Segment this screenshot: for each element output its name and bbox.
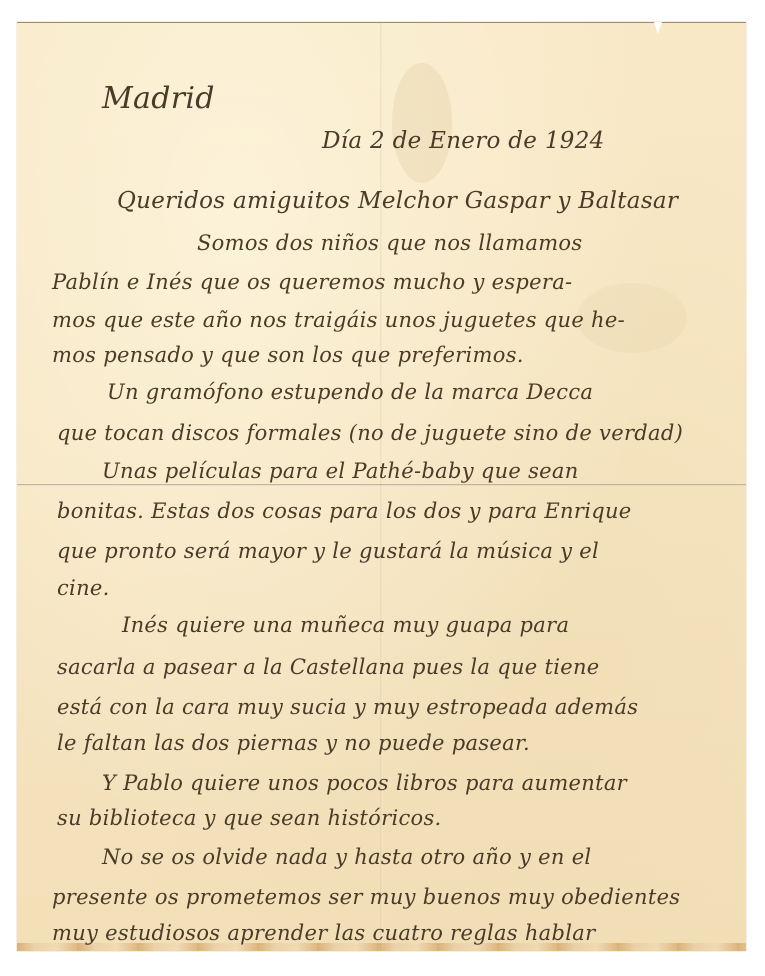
letter-line-10: cine.: [57, 576, 110, 600]
letter-line-13: está con la cara muy sucia y muy estrope…: [57, 695, 638, 719]
letter-line-6: que tocan discos formales (no de juguete…: [57, 421, 683, 445]
letter-line-5: Un gramófono estupendo de la marca Decca: [107, 380, 593, 404]
letter-line-3: mos que este año nos traigáis unos jugue…: [52, 308, 625, 332]
letter-line-9: que pronto será mayor y le gustará la mú…: [57, 539, 599, 563]
letter-line-17: No se os olvide nada y hasta otro año y …: [102, 845, 591, 869]
letter-line-16: su biblioteca y que sean históricos.: [57, 806, 442, 830]
letter-line-2: Pablín e Inés que os queremos mucho y es…: [52, 270, 572, 294]
letter-line-4: mos pensado y que son los que preferimos…: [52, 343, 524, 367]
place-heading: Madrid: [102, 81, 215, 116]
date-line: Día 2 de Enero de 1924: [322, 128, 605, 154]
letter-line-8: bonitas. Estas dos cosas para los dos y …: [57, 499, 632, 523]
letter-line-12: sacarla a pasear a la Castellana pues la…: [57, 655, 600, 679]
letter-line-19: muy estudiosos aprender las cuatro regla…: [52, 921, 595, 945]
letter-line-15: Y Pablo quiere unos pocos libros para au…: [102, 771, 627, 795]
paper-stain: [392, 63, 452, 183]
horizontal-fold-line: [17, 484, 746, 486]
salutation: Queridos amiguitos Melchor Gaspar y Balt…: [117, 188, 678, 214]
letter-paper: Madrid Día 2 de Enero de 1924 Queridos a…: [17, 22, 746, 951]
letter-line-1: Somos dos niños que nos llamamos: [197, 231, 582, 255]
letter-line-14: le faltan las dos piernas y no puede pas…: [57, 731, 530, 755]
letter-line-18: presente os prometemos ser muy buenos mu…: [52, 885, 680, 909]
letter-line-7: Unas películas para el Pathé-baby que se…: [102, 459, 579, 483]
paper-tear-notch: [654, 22, 662, 34]
letter-line-11: Inés quiere una muñeca muy guapa para: [122, 613, 569, 637]
